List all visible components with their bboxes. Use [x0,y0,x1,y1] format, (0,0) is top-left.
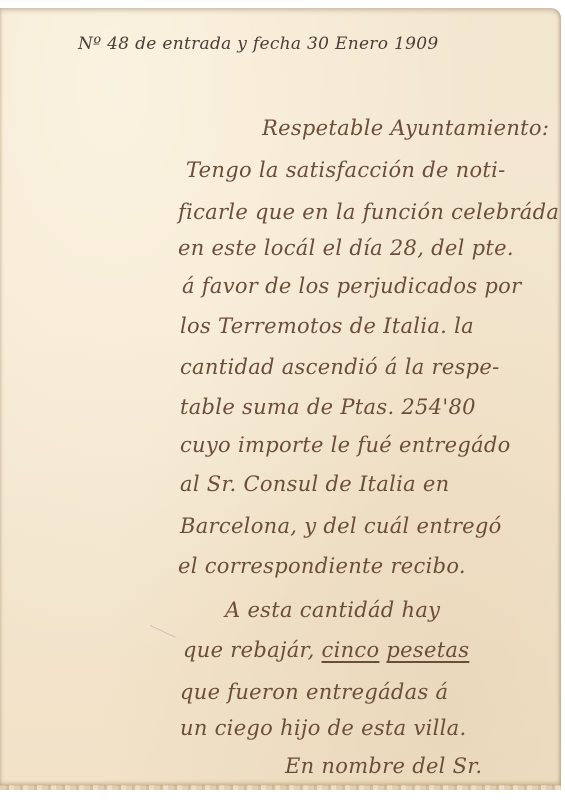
body-line-9: al Sr. Consul de Italia en [180,472,450,496]
body-line-14: que fueron entregádas á [180,680,448,704]
body-line-4: á favor de los perjudicados por [182,274,521,298]
underlined-cinco: cinco [322,638,380,662]
registry-note: Nº 48 de entrada y fecha 30 Enero 1909 [78,34,438,54]
body-line-3: en este locál el día 28, del pte. [178,236,514,260]
body-line-10: Barcelona, y del cuál entregó [180,514,502,538]
salutation: Respetable Ayuntamiento: [262,116,549,140]
body-line-1: Tengo la satisfacción de noti- [186,158,506,182]
body-line-16: En nombre del Sr. [285,754,482,778]
body-line-15: un ciego hijo de esta villa. [180,716,466,740]
body-line-11: el correspondiente recibo. [178,554,466,578]
body-line-13: que rebajár, cinco pesetas [183,638,469,662]
ink-bleed-mark [142,625,175,654]
underlined-pesetas: pesetas [386,638,469,662]
body-line-7-amount: table suma de Ptas. 254'80 [180,395,476,419]
body-line-6: cantidad ascendió á la respe- [180,355,500,379]
body-line-2: ficarle que en la función celebráda [178,200,559,224]
body-line-8: cuyo importe le fué entregádo [180,433,511,457]
letter-paper: Nº 48 de entrada y fecha 30 Enero 1909 R… [0,8,561,786]
body-line-13-text: que rebajár, [183,638,322,662]
body-line-12: A esta cantidád hay [225,598,440,622]
body-line-5: los Terremotos de Italia. la [180,314,474,338]
